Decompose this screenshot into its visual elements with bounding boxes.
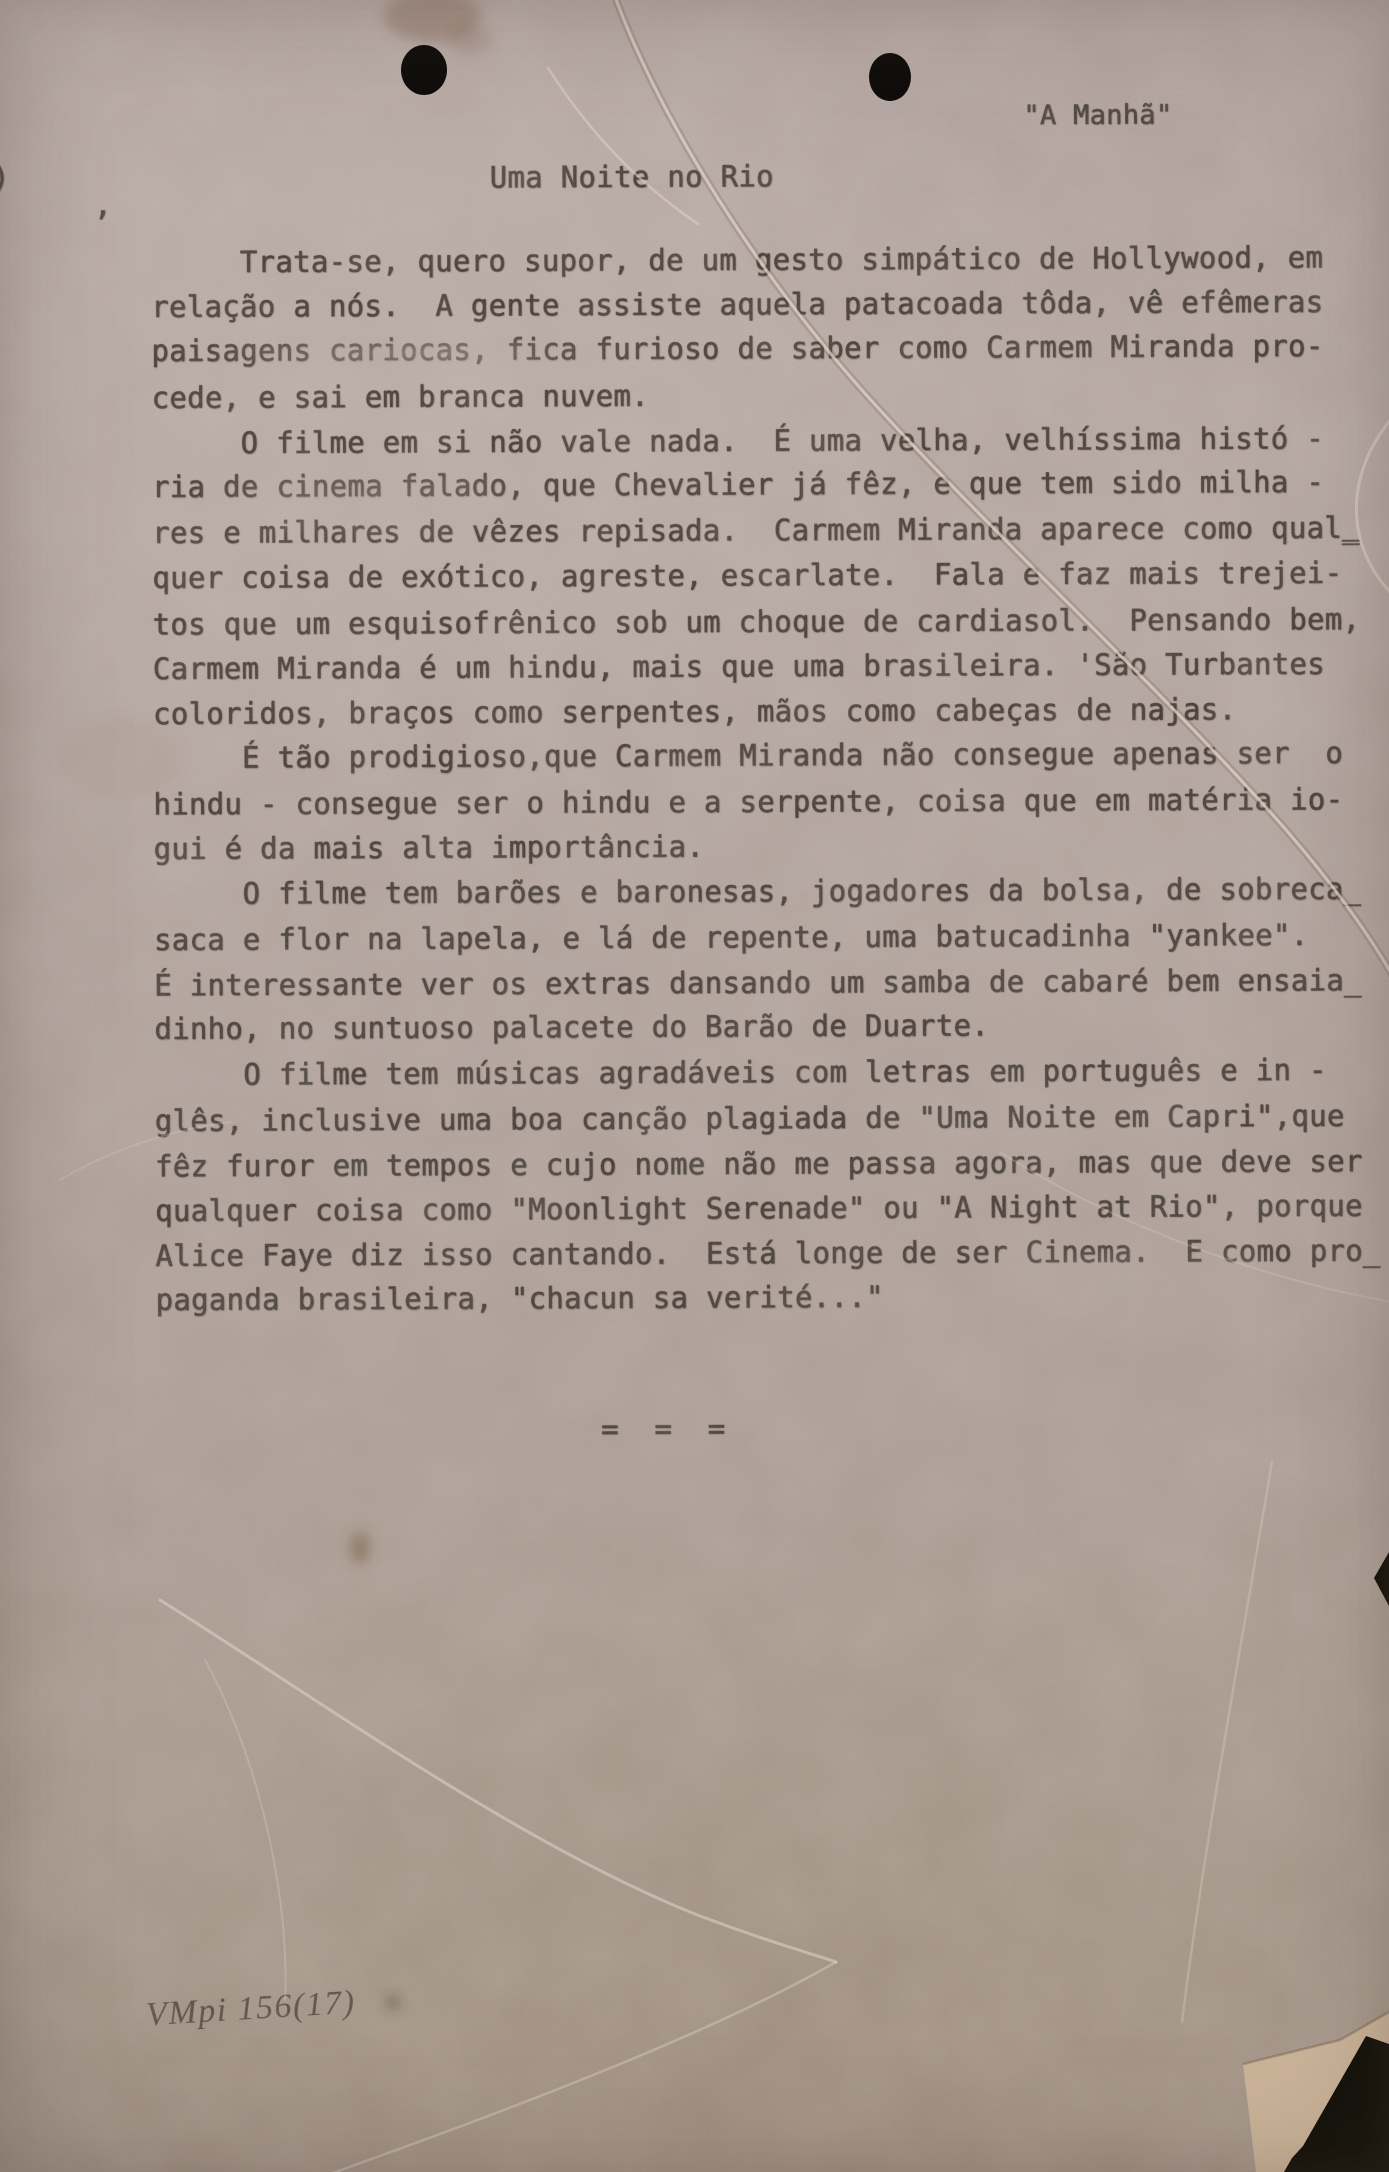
typed-line: paganda brasileira, "chacun sa verité...… (156, 1273, 1381, 1324)
typed-line: qualquer coisa como "Moonlight Serenade"… (155, 1184, 1380, 1235)
typed-line: É tão prodigioso,que Carmem Miranda não … (153, 731, 1378, 782)
typed-line: É interessante ver os extras dansando um… (154, 958, 1379, 1009)
document-page: "A Manhã" Uma Noite no Rio Trata-se, que… (0, 0, 1389, 2172)
publication-header: "A Manhã" (1023, 100, 1172, 132)
typed-line: Carmem Miranda é um hindu, mais que uma … (153, 641, 1378, 692)
typed-line: glês, inclusive uma boa canção plagiada … (155, 1093, 1380, 1144)
typed-line: saca e flor na lapela, e lá de repente, … (154, 912, 1379, 963)
end-divider: = = = (601, 1412, 725, 1447)
typed-line: O filme tem músicas agradáveis com letra… (155, 1048, 1380, 1099)
page-title: Uma Noite no Rio (490, 159, 774, 194)
typed-line: coloridos, braços como serpentes, mãos c… (153, 687, 1378, 738)
stray-mark-margin: , (94, 188, 113, 223)
typed-line: paisagens cariocas, fica furioso de sabe… (151, 324, 1376, 375)
typed-line: O filme em si não vale nada. É uma velha… (152, 416, 1377, 467)
typed-line: quer coisa de exótico, agreste, escarlat… (152, 551, 1377, 602)
body-text: Trata-se, quero supor, de um gesto simpá… (151, 235, 1381, 1325)
typed-line: cede, e sai em branca nuvem. (152, 370, 1377, 421)
typed-line: Alice Faye diz isso cantando. Está longe… (155, 1229, 1380, 1280)
typed-line: res e milhares de vêzes repisada. Carmem… (152, 506, 1377, 557)
typed-line: tos que um esquisofrênico sob um choque … (153, 597, 1378, 648)
stray-mark-left-edge: ) (0, 161, 10, 196)
typed-line: ria de cinema falado, que Chevalier já f… (152, 460, 1377, 511)
typed-text-layer: "A Manhã" Uma Noite no Rio Trata-se, que… (0, 0, 1389, 2172)
typed-line: hindu - consegue ser o hindu e a serpent… (153, 778, 1378, 829)
typed-line: relação a nós. A gente assiste aquela pa… (151, 280, 1376, 331)
typed-line: Trata-se, quero supor, de um gesto simpá… (151, 235, 1376, 286)
typed-line: fêz furor em tempos e cujo nome não me p… (155, 1139, 1380, 1190)
typed-line: dinho, no suntuoso palacete do Barão de … (154, 1002, 1379, 1053)
typed-line: gui é da mais alta importância. (154, 822, 1379, 873)
typed-line: O filme tem barões e baronesas, jogadore… (154, 867, 1379, 918)
